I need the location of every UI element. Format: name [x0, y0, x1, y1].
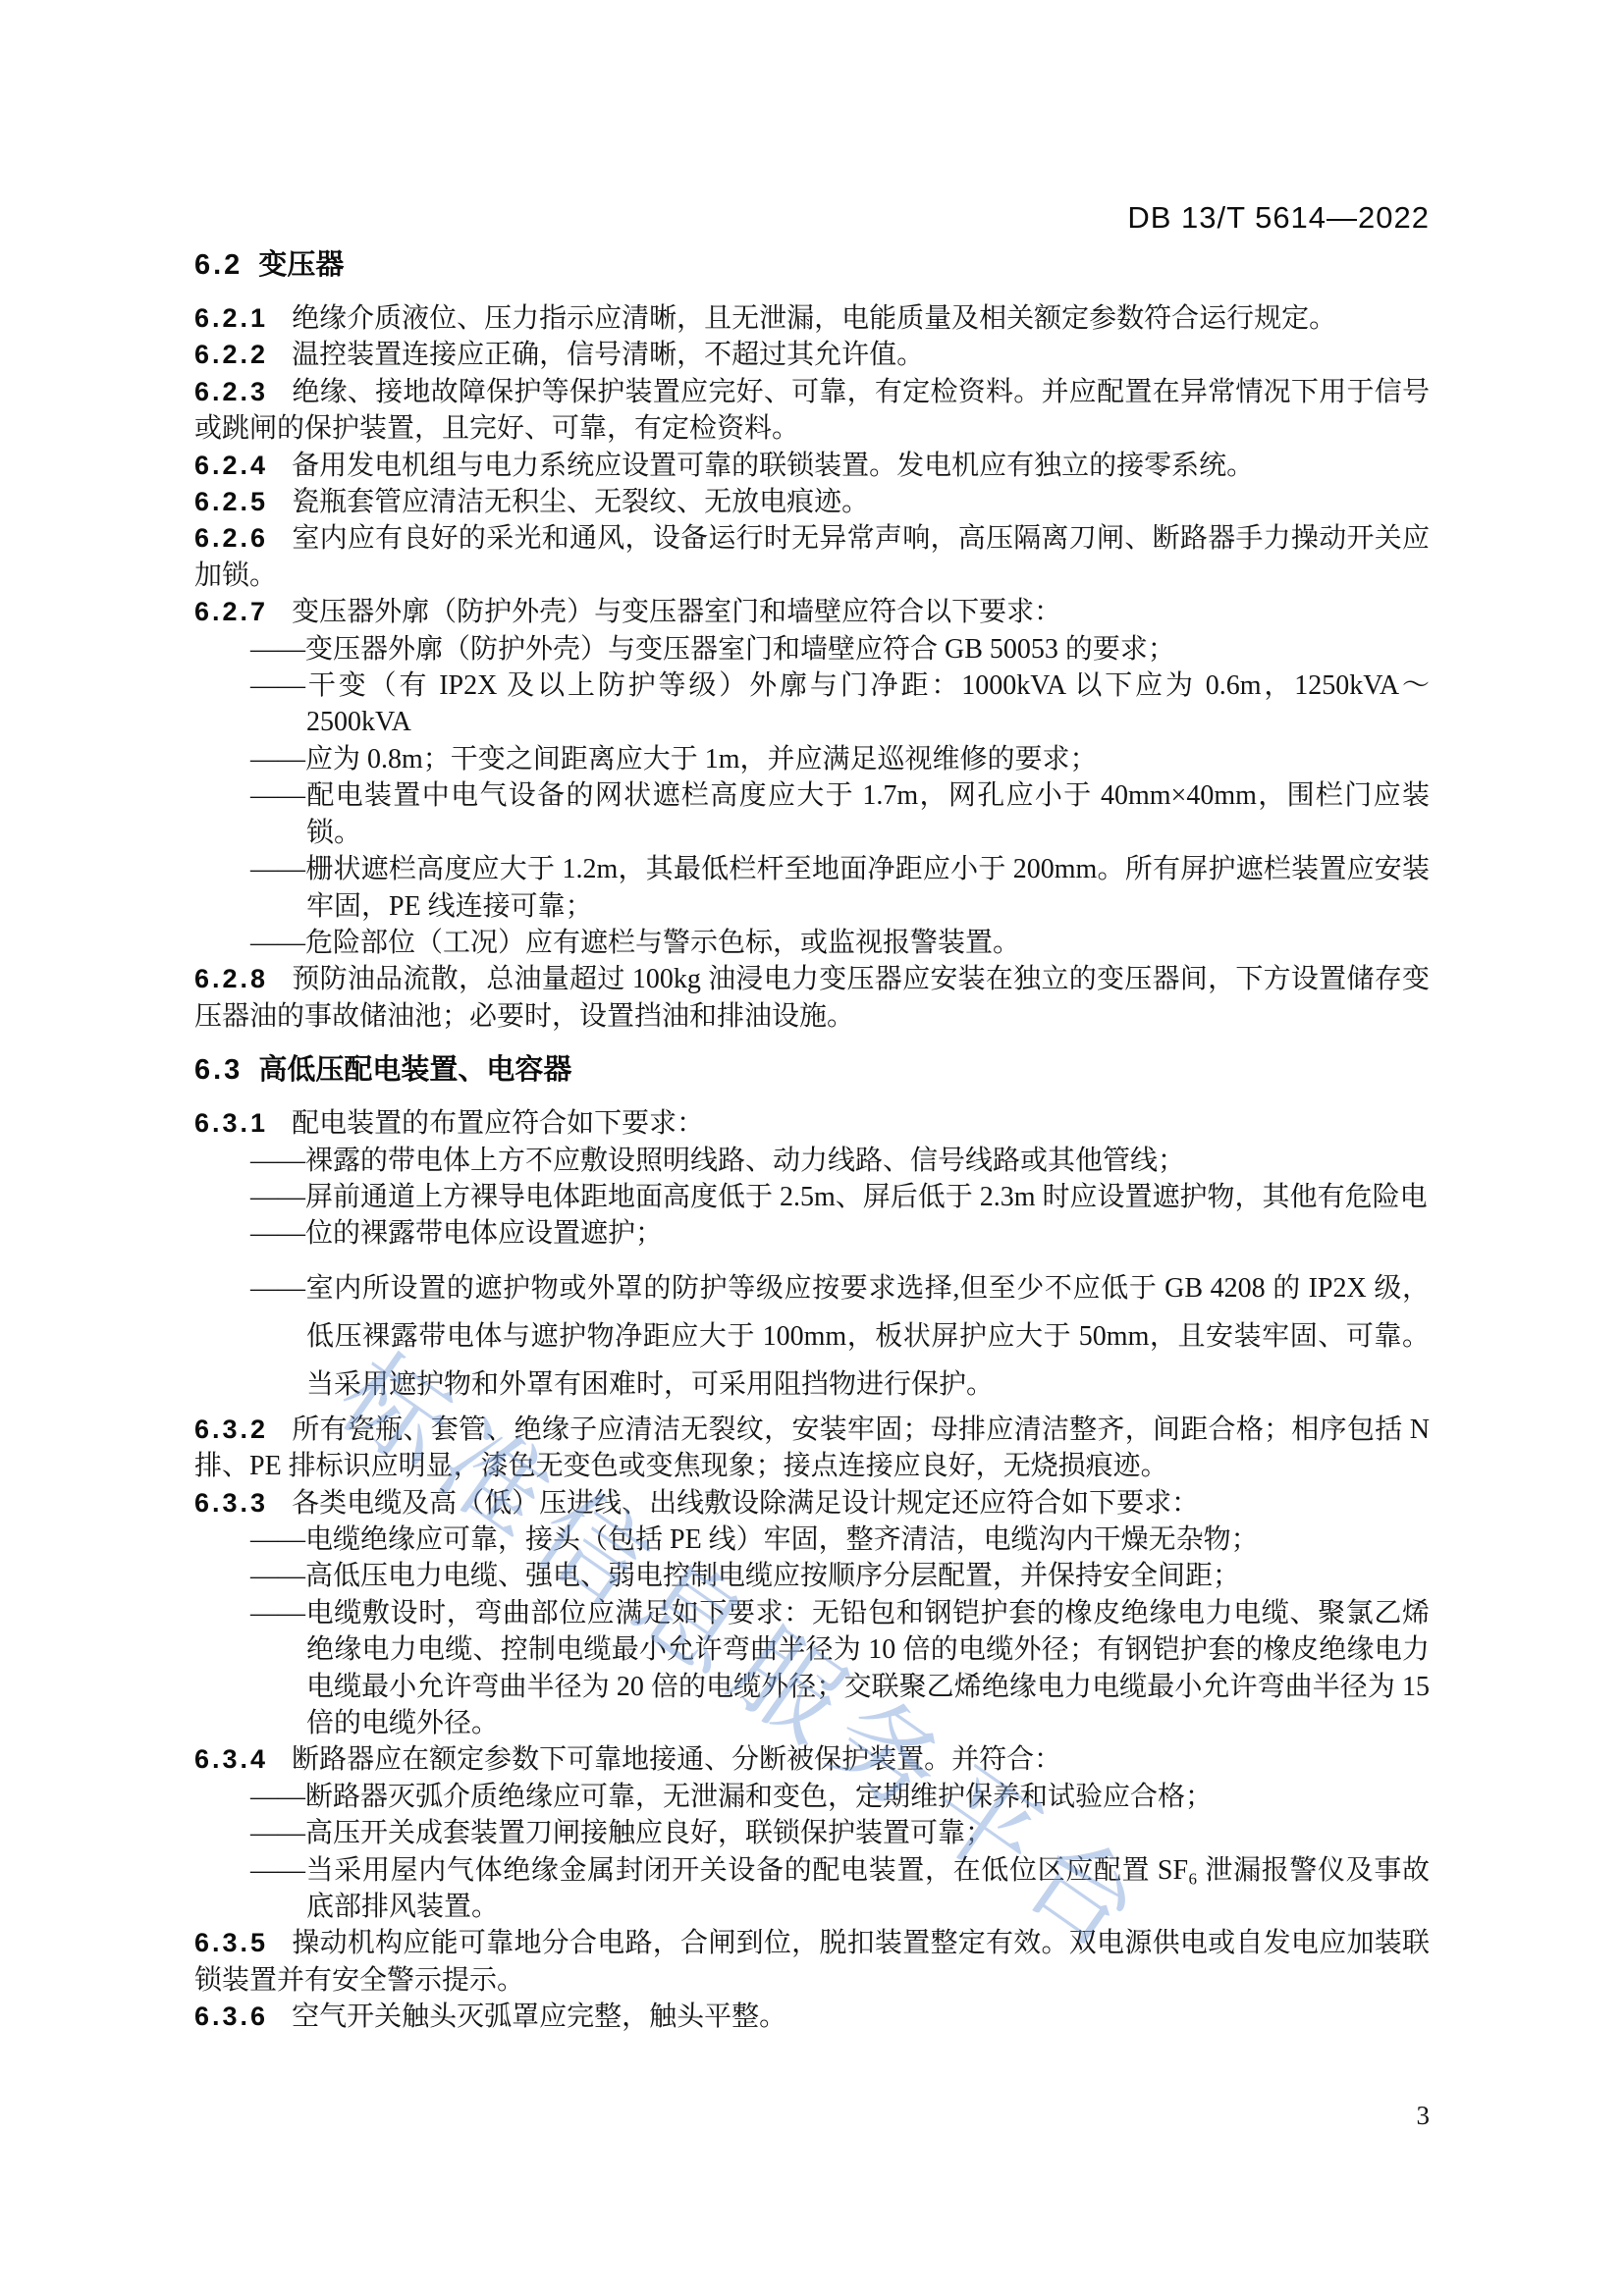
clause-number: 6.2.6 [194, 523, 268, 553]
clause-number: 6.3.1 [194, 1108, 268, 1138]
clause-text: 绝缘介质液位、压力指示应清晰，且无泄漏，电能质量及相关额定参数符合运行规定。 [292, 303, 1336, 334]
clause-number: 6.3.2 [194, 1415, 268, 1444]
dash-item: ——断路器灭弧介质绝缘应可靠，无泄漏和变色，定期维护保养和试验应合格； [194, 1779, 1430, 1815]
clause-text: 所有瓷瓶、套管、绝缘子应清洁无裂纹，安装牢固；母排应清洁整齐，间距合格；相序包括… [194, 1415, 1430, 1481]
section-heading: 6.2变压器 [194, 247, 1430, 284]
dash-item: ——危险部位（工况）应有遮栏与警示色标，或监视报警装置。 [194, 925, 1430, 961]
dash-item: ——屏前通道上方裸导电体距地面高度低于 2.5m、屏后低于 2.3m 时应设置遮… [194, 1179, 1430, 1215]
clause-text: 变压器外廓（防护外壳）与变压器室门和墙壁应符合以下要求： [292, 597, 1061, 627]
document-page: DB 13/T 5614—2022 6.2变压器6.2.1绝缘介质液位、压力指示… [0, 0, 1624, 2296]
clause-number: 6.2.8 [194, 964, 268, 993]
clause-text: 瓷瓶套管应清洁无积尘、无裂纹、无放电痕迹。 [292, 487, 869, 517]
dash-item: ——配电装置中电气设备的网状遮栏高度应大于 1.7m，网孔应小于 40mm×40… [194, 777, 1430, 851]
clause-text: 各类电缆及高（低）压进线、出线敷设除满足设计规定还应符合如下要求： [292, 1488, 1199, 1519]
dash-item: ——高低压电力电缆、强电、弱电控制电缆应按顺序分层配置，并保持安全间距； [194, 1558, 1430, 1594]
clause-text: 备用发电机组与电力系统应设置可靠的联锁装置。发电机应有独立的接零系统。 [292, 451, 1254, 481]
clause-number: 6.2.5 [194, 487, 268, 516]
clause-text: 温控装置连接应正确，信号清晰，不超过其允许值。 [292, 340, 924, 370]
dash-item: ——裸露的带电体上方不应敷设照明线路、动力线路、信号线路或其他管线； [194, 1143, 1430, 1179]
dash-item: ——栅状遮栏高度应大于 1.2m，其最低栏杆至地面净距应小于 200mm。所有屏… [194, 851, 1430, 925]
clause-number: 6.2.3 [194, 377, 268, 406]
clause-text: 空气开关触头灭弧罩应完整，触头平整。 [292, 2002, 786, 2032]
section-number: 6.2 [194, 249, 243, 281]
dash-item: ——电缆绝缘应可靠，接头（包括 PE 线）牢固，整齐清洁，电缆沟内干燥无杂物； [194, 1522, 1430, 1558]
clause: 6.2.8预防油品流散，总油量超过 100kg 油浸电力变压器应安装在独立的变压… [194, 961, 1430, 1035]
clause-text: 绝缘、接地故障保护等保护装置应完好、可靠，有定检资料。并应配置在异常情况下用于信… [194, 377, 1430, 444]
clause: 6.2.5瓷瓶套管应清洁无积尘、无裂纹、无放电痕迹。 [194, 484, 1430, 520]
section-heading: 6.3高低压配电装置、电容器 [194, 1052, 1430, 1089]
page-number: 3 [194, 2101, 1430, 2131]
clause: 6.3.3各类电缆及高（低）压进线、出线敷设除满足设计规定还应符合如下要求： [194, 1485, 1430, 1522]
clause-number: 6.3.6 [194, 2002, 268, 2031]
clause: 6.2.2温控装置连接应正确，信号清晰，不超过其允许值。 [194, 337, 1430, 373]
clause-text: 配电装置的布置应符合如下要求： [292, 1108, 704, 1139]
dash-item: ——室内所设置的遮护物或外罩的防护等级应按要求选择,但至少不应低于 GB 420… [194, 1264, 1430, 1409]
clause-text: 断路器应在额定参数下可靠地接通、分断被保护装置。并符合： [292, 1744, 1061, 1775]
clause-number: 6.2.2 [194, 340, 268, 369]
section-number: 6.3 [194, 1054, 243, 1086]
clause: 6.2.1绝缘介质液位、压力指示应清晰，且无泄漏，电能质量及相关额定参数符合运行… [194, 300, 1430, 337]
clause: 6.2.6室内应有良好的采光和通风，设备运行时无异常声响，高压隔离刀闸、断路器手… [194, 520, 1430, 594]
document-body: 6.2变压器6.2.1绝缘介质液位、压力指示应清晰，且无泄漏，电能质量及相关额定… [194, 247, 1430, 2036]
dash-item: ——干变（有 IP2X 及以上防护等级）外廓与门净距：1000kVA 以下应为 … [194, 667, 1430, 741]
standard-code: DB 13/T 5614—2022 [194, 200, 1430, 236]
section-title: 变压器 [258, 249, 344, 281]
section-title: 高低压配电装置、电容器 [258, 1054, 571, 1086]
dash-item: ——当采用屋内气体绝缘金属封闭开关设备的配电装置，在低位区应配置 SF₆ 泄漏报… [194, 1852, 1430, 1926]
clause-number: 6.2.4 [194, 451, 268, 480]
dash-item: ——位的裸露带电体应设置遮护； [194, 1215, 1430, 1252]
clause-text: 预防油品流散，总油量超过 100kg 油浸电力变压器应安装在独立的变压器间，下方… [194, 964, 1430, 1031]
clause-text: 操动机构应能可靠地分合电路，合闸到位，脱扣装置整定有效。双电源供电或自发电应加装… [194, 1928, 1430, 1995]
clause-text: 室内应有良好的采光和通风，设备运行时无异常声响，高压隔离刀闸、断路器手力操动开关… [194, 523, 1430, 590]
clause: 6.2.4备用发电机组与电力系统应设置可靠的联锁装置。发电机应有独立的接零系统。 [194, 448, 1430, 484]
clause: 6.3.5操动机构应能可靠地分合电路，合闸到位，脱扣装置整定有效。双电源供电或自… [194, 1925, 1430, 1999]
clause-number: 6.3.3 [194, 1488, 268, 1518]
clause: 6.3.1配电装置的布置应符合如下要求： [194, 1105, 1430, 1142]
clause: 6.3.6空气开关触头灭弧罩应完整，触头平整。 [194, 1999, 1430, 2035]
clause-number: 6.2.1 [194, 303, 268, 333]
clause: 6.2.7变压器外廓（防护外壳）与变压器室门和墙壁应符合以下要求： [194, 594, 1430, 630]
dash-item: ——电缆敷设时，弯曲部位应满足如下要求：无铅包和钢铠护套的橡皮绝缘电力电缆、聚氯… [194, 1595, 1430, 1742]
clause: 6.3.4断路器应在额定参数下可靠地接通、分断被保护装置。并符合： [194, 1741, 1430, 1778]
clause-number: 6.3.5 [194, 1928, 268, 1957]
clause: 6.3.2所有瓷瓶、套管、绝缘子应清洁无裂纹，安装牢固；母排应清洁整齐，间距合格… [194, 1412, 1430, 1485]
clause-number: 6.3.4 [194, 1744, 268, 1774]
clause-number: 6.2.7 [194, 597, 268, 626]
dash-item: ——变压器外廓（防护外壳）与变压器室门和墙壁应符合 GB 50053 的要求； [194, 631, 1430, 667]
dash-item: ——应为 0.8m；干变之间距离应大于 1m，并应满足巡视维修的要求； [194, 741, 1430, 777]
dash-item: ——高压开关成套装置刀闸接触应良好，联锁保护装置可靠； [194, 1815, 1430, 1851]
clause: 6.2.3绝缘、接地故障保护等保护装置应完好、可靠，有定检资料。并应配置在异常情… [194, 374, 1430, 448]
